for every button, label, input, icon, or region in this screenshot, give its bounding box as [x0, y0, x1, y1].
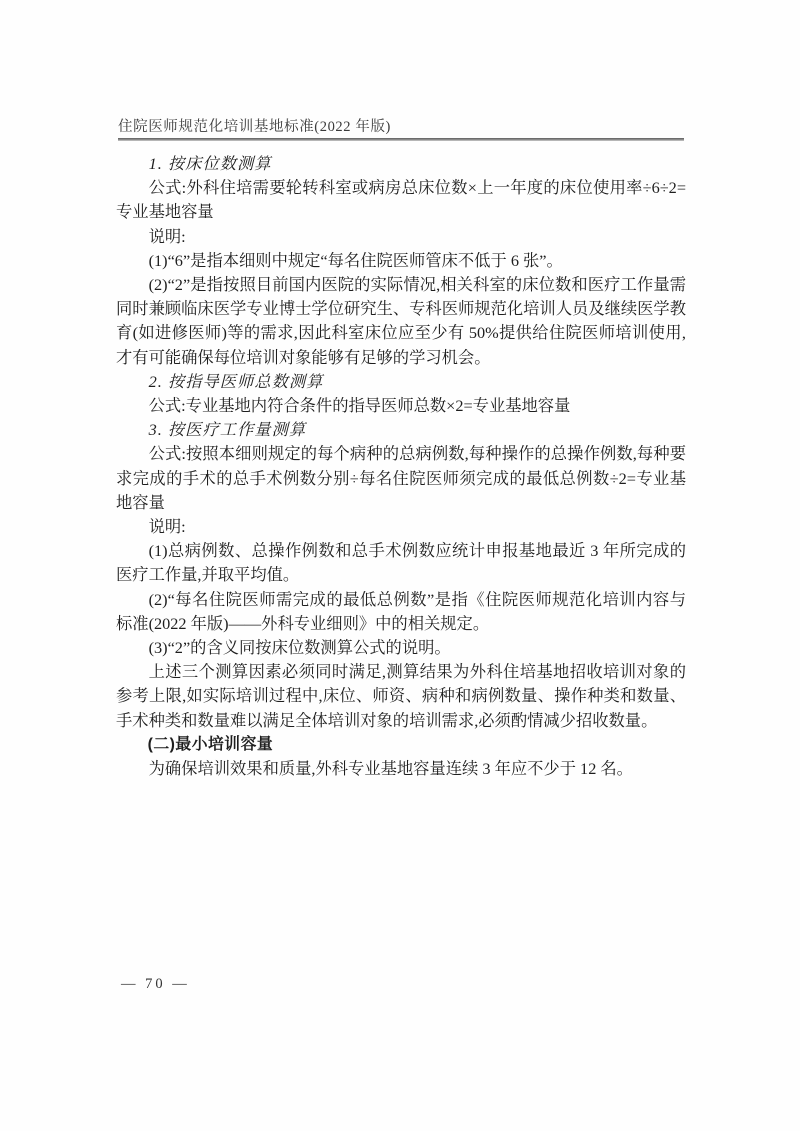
- document-page: 住院医师规范化培训基地标准(2022 年版) 1. 按床位数测算 公式:外科住培…: [0, 0, 800, 1131]
- para-formula-supervisors: 公式:专业基地内符合条件的指导医师总数×2=专业基地容量: [116, 394, 686, 418]
- heading-min-training-capacity: (二)最小培训容量: [116, 733, 686, 757]
- header-rule: [118, 138, 684, 141]
- para-summary-constraints: 上述三个测算因素必须同时满足,测算结果为外科住培基地招收培训对象的参考上限,如实…: [116, 660, 686, 733]
- para-beds-note-2: (2)“2”是指按照目前国内医院的实际情况,相关科室的床位数和医疗工作量需同时兼…: [116, 273, 686, 370]
- para-workload-note-3: (3)“2”的含义同按床位数测算公式的说明。: [116, 636, 686, 660]
- heading-calc-by-workload: 3. 按医疗工作量测算: [116, 418, 686, 442]
- para-formula-beds: 公式:外科住培需要轮转科室或病房总床位数×上一年度的床位使用率÷6÷2=专业基地…: [116, 176, 686, 224]
- para-workload-note-1: (1)总病例数、总操作例数和总手术例数应统计申报基地最近 3 年所完成的医疗工作…: [116, 539, 686, 587]
- para-formula-workload: 公式:按照本细则规定的每个病种的总病例数,每种操作的总操作例数,每种要求完成的手…: [116, 442, 686, 515]
- para-workload-note-2: (2)“每名住院医师需完成的最低总例数”是指《住院医师规范化培训内容与标准(20…: [116, 588, 686, 636]
- para-beds-note-1: (1)“6”是指本细则中规定“每名住院医师管床不低于 6 张”。: [116, 249, 686, 273]
- heading-calc-by-beds: 1. 按床位数测算: [116, 152, 686, 176]
- heading-calc-by-supervisors: 2. 按指导医师总数测算: [116, 370, 686, 394]
- running-header-title: 住院医师规范化培训基地标准(2022 年版): [118, 115, 391, 136]
- para-note-label-workload: 说明:: [116, 515, 686, 539]
- document-body: 1. 按床位数测算 公式:外科住培需要轮转科室或病房总床位数×上一年度的床位使用…: [116, 152, 686, 781]
- para-note-label-beds: 说明:: [116, 225, 686, 249]
- para-min-training-capacity: 为确保培训效果和质量,外科专业基地容量连续 3 年应不少于 12 名。: [116, 757, 686, 781]
- page-number: — 70 —: [121, 976, 190, 993]
